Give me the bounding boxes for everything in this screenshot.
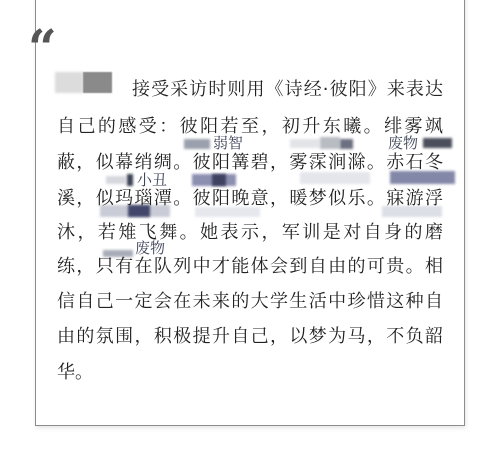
bullet-comment: 小丑 [137, 172, 167, 188]
redacted-overlay [106, 176, 126, 184]
article-line: 溪，似玛瑙潭。彼阳晚意，暖梦似乐。寐游浮 [57, 188, 443, 210]
bullet-comment: 废物 [135, 240, 165, 256]
redacted-overlay [212, 174, 226, 186]
bullet-comment: 废物 [388, 135, 418, 151]
article-line: 自己的感受：彼阳若至，初升东曦。绯雾飒 [57, 116, 443, 138]
redacted-overlay [423, 138, 452, 148]
redacted-overlay [127, 174, 133, 186]
redacted-name-block [83, 72, 112, 93]
redacted-overlay [340, 139, 353, 149]
redacted-overlay [290, 139, 320, 148]
redacted-overlay [184, 139, 210, 149]
article-line: 信自己一定会在未来的大学生活中珍惜这种自 [57, 291, 443, 313]
open-quote-icon: “ [28, 23, 57, 73]
article-line: 蔽，似幕绡绸。彼阳篝碧，雾霂涧滁。赤石冬 [57, 152, 443, 174]
article-line: 练，只有在队列中才能体会到自由的可贵。相 [57, 256, 443, 278]
redacted-overlay [320, 137, 340, 149]
redacted-name-block [55, 72, 83, 93]
article-line: 由的氛围，积极提升自己，以梦为马，不负韶 [57, 326, 443, 348]
article-line: 华。 [57, 362, 93, 384]
article-line: 沐，若雉飞舞。她表示，军训是对自身的磨 [57, 222, 443, 244]
bullet-comment: 弱智 [213, 135, 243, 151]
article-line: 接受采访时则用《诗经·彼阳》来表达 [132, 79, 443, 101]
